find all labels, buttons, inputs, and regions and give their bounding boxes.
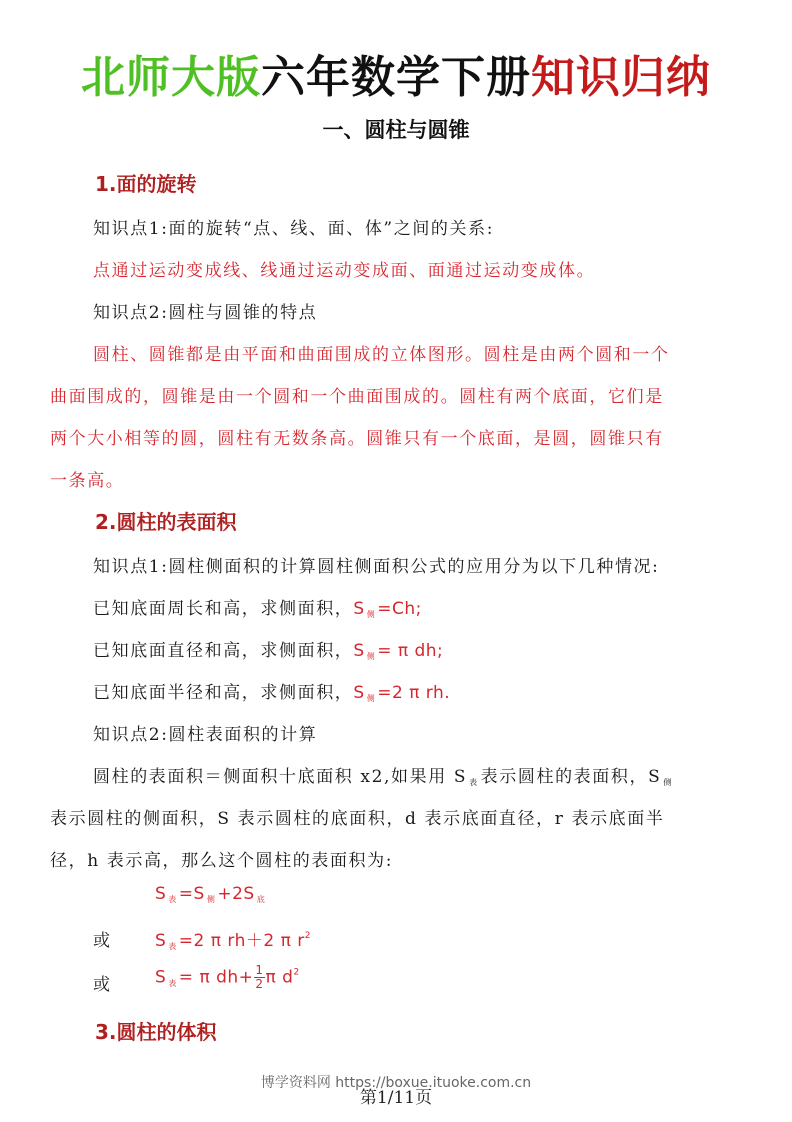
chapter-title: 一、圆柱与圆锥 xyxy=(0,114,792,144)
formula-surface-area-2: S表=2 π rh＋2 π r2 xyxy=(155,926,311,952)
section-2-heading: 2.圆柱的表面积 xyxy=(95,506,237,535)
s2-case-row: 已知底面周长和高，求侧面积，S侧=Ch; xyxy=(93,594,422,620)
case-formula: S侧= π dh; xyxy=(353,641,443,661)
case-text: 已知底面直径和高，求侧面积， xyxy=(93,641,353,661)
fraction-one-half: 12 xyxy=(254,964,264,991)
title-grade-subject: 六年数学下册 xyxy=(261,52,531,103)
case-formula: S侧=Ch; xyxy=(353,599,421,619)
section-3-heading: 3.圆柱的体积 xyxy=(95,1016,217,1045)
s1-kp1-text: 点通过运动变成线、线通过运动变成面、面通过运动变成体。 xyxy=(93,256,595,281)
s1-kp2-line: 一条高。 xyxy=(50,466,124,491)
section-1-heading: 1.面的旋转 xyxy=(95,168,197,197)
s1-kp2-line: 曲面围成的，圆锥是由一个圆和一个曲面围成的。圆柱有两个底面，它们是 xyxy=(50,382,664,407)
formula-surface-area-3: S表= π dh+12π d2 xyxy=(155,964,300,991)
formula-surface-area-1: S表=S侧+2S底 xyxy=(155,884,267,905)
s1-kp2-label: 知识点2:圆柱与圆锥的特点 xyxy=(93,298,317,323)
case-formula: S侧=2 π rh. xyxy=(353,683,450,703)
case-text: 已知底面周长和高，求侧面积， xyxy=(93,599,353,619)
case-text: 已知底面半径和高，求侧面积， xyxy=(93,683,353,703)
or-label: 或 xyxy=(93,970,112,995)
s2-kp1-label: 知识点1:圆柱侧面积的计算圆柱侧面积公式的应用分为以下几种情况: xyxy=(93,552,659,577)
or-label: 或 xyxy=(93,926,112,951)
page-number: 第1/11页 xyxy=(0,1083,792,1108)
s2-kp2-line: 圆柱的表面积＝侧面积十底面积 x2,如果用 S表表示圆柱的表面积，S侧 xyxy=(93,762,675,788)
title-edition: 北师大版 xyxy=(81,52,261,103)
s2-case-row: 已知底面半径和高，求侧面积，S侧=2 π rh. xyxy=(93,678,450,704)
s1-kp1-label: 知识点1:面的旋转“点、线、面、体”之间的关系: xyxy=(93,214,494,239)
s1-kp2-line: 圆柱、圆锥都是由平面和曲面围成的立体图形。圆柱是由两个圆和一个 xyxy=(93,340,670,365)
document-title: 北师大版六年数学下册知识归纳 xyxy=(0,48,792,108)
s1-kp2-line: 两个大小相等的圆，圆柱有无数条高。圆锥只有一个底面，是圆，圆锥只有 xyxy=(50,424,664,449)
s2-kp2-label: 知识点2:圆柱表面积的计算 xyxy=(93,720,317,745)
title-summary: 知识归纳 xyxy=(531,52,711,103)
s2-case-row: 已知底面直径和高，求侧面积，S侧= π dh; xyxy=(93,636,443,662)
s2-kp2-line: 径，h 表示高，那么这个圆柱的表面积为: xyxy=(50,846,393,871)
s2-kp2-line: 表示圆柱的侧面积，S 表示圆柱的底面积，d 表示底面直径，r 表示底面半 xyxy=(50,804,664,829)
